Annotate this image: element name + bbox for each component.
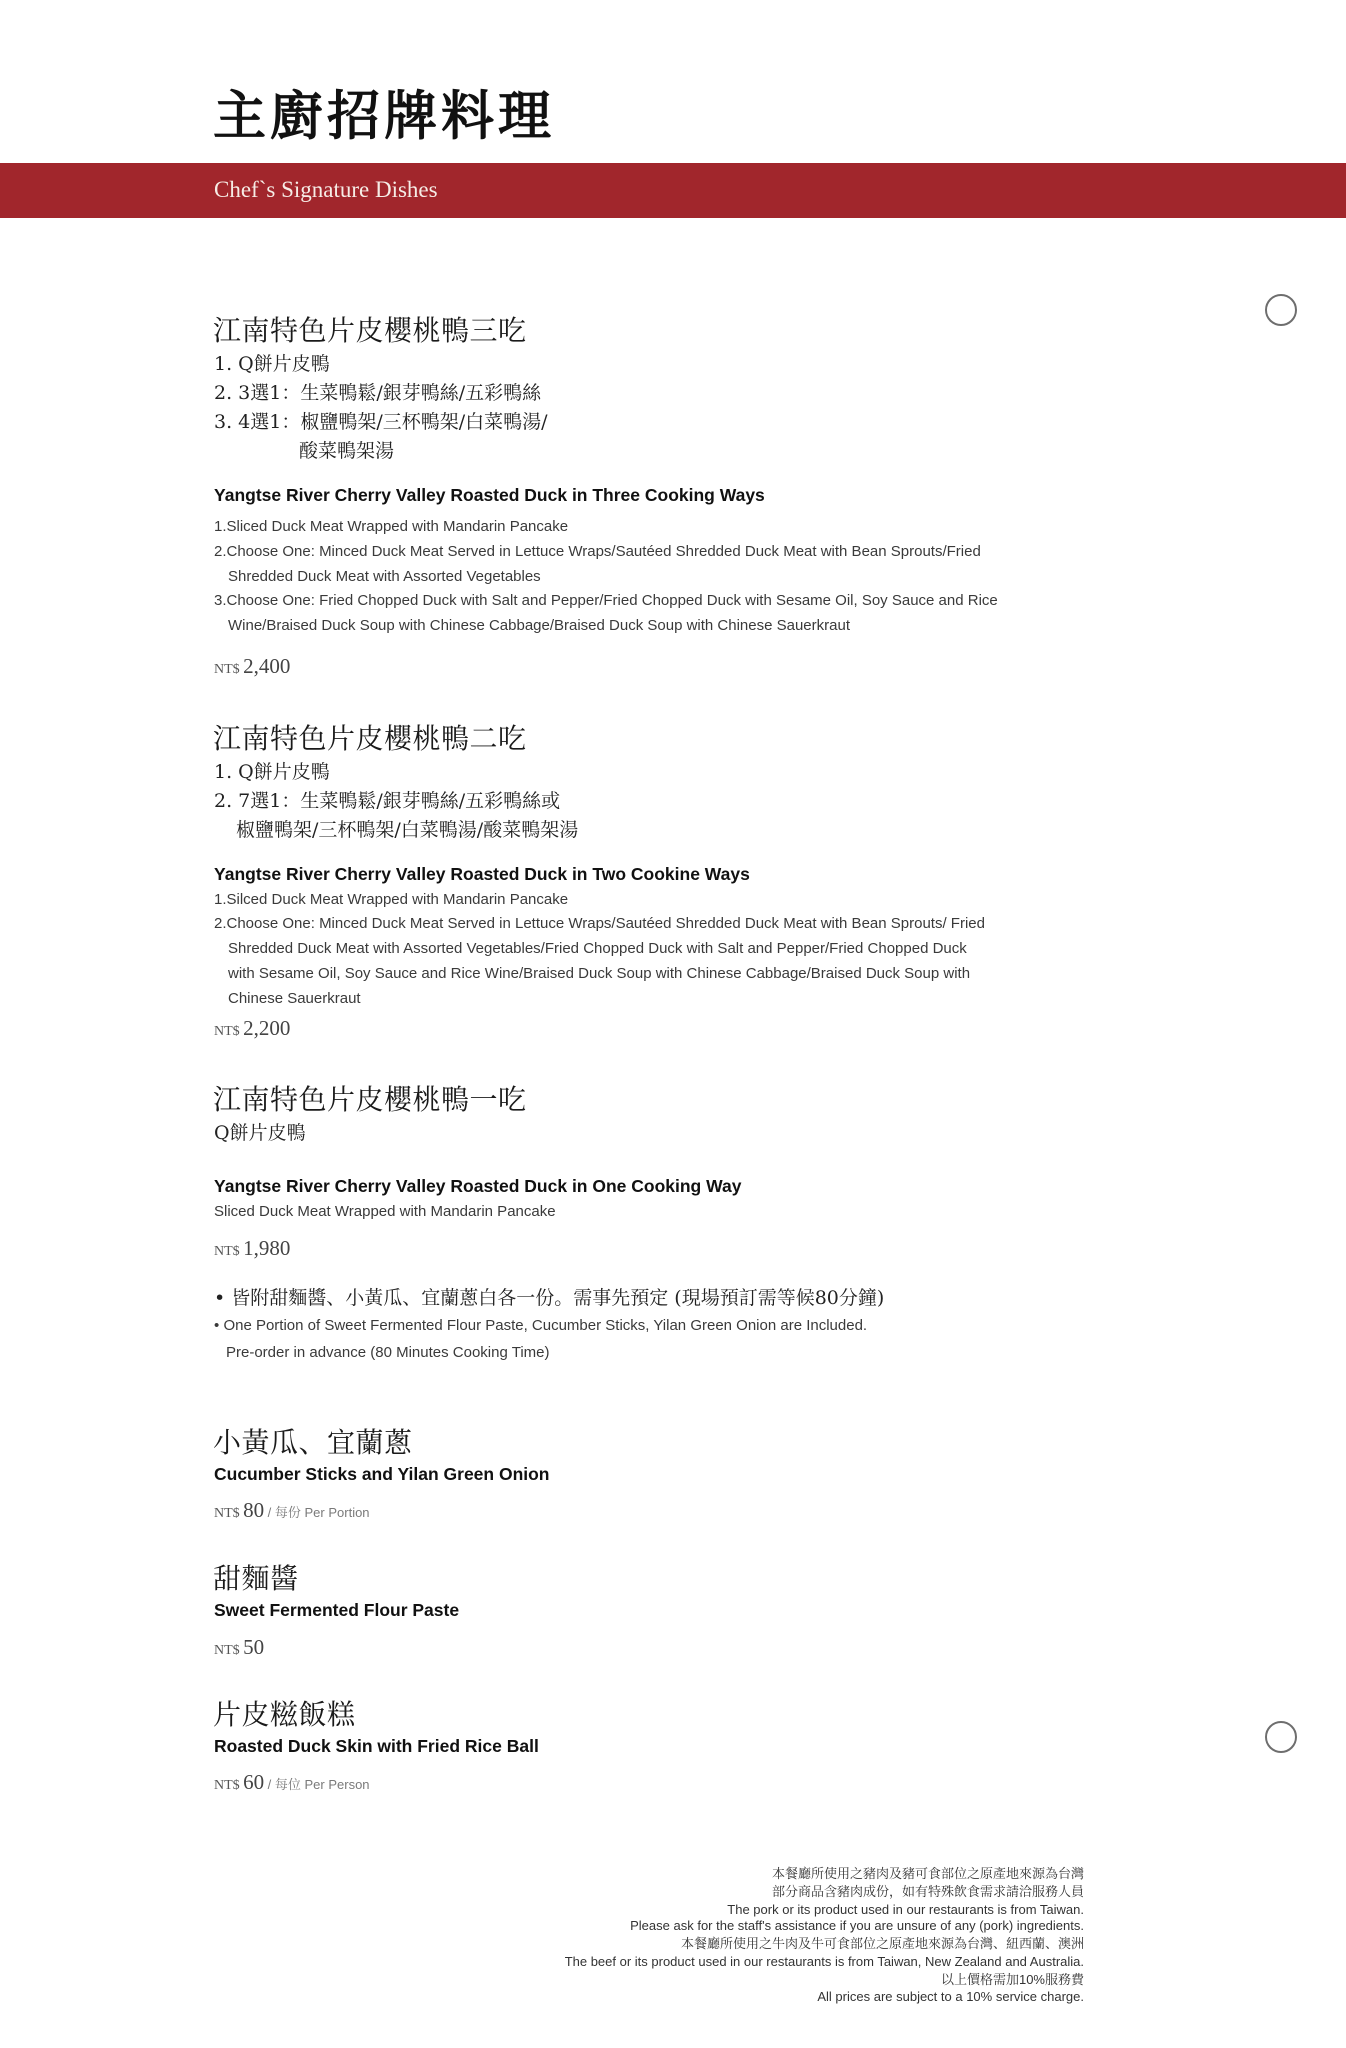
dish-cn-line: 1. Q餅片皮鴨 bbox=[214, 351, 330, 377]
dish-en-title: Yangtse River Cherry Valley Roasted Duck… bbox=[214, 483, 765, 507]
side-price: NT$ 50 bbox=[214, 1635, 264, 1663]
dish-cn-line: 2. 3選1：生菜鴨鬆/銀芽鴨絲/五彩鴨絲 bbox=[214, 380, 541, 406]
side-price: NT$ 80 / 每份 Per Portion bbox=[214, 1498, 370, 1526]
price-unit: / 每份 Per Portion bbox=[268, 1505, 370, 1520]
dish-en-desc-line: Sliced Duck Meat Wrapped with Mandarin P… bbox=[214, 1201, 556, 1223]
dish-price: NT$ 1,980 bbox=[214, 1236, 290, 1264]
note-cn-text: 皆附甜麵醬、小黃瓜、宜蘭蔥白各一份。需事先預定 (現場預訂需等候80分鐘) bbox=[231, 1287, 884, 1309]
note-en: • One Portion of Sweet Fermented Flour P… bbox=[214, 1315, 867, 1337]
dish-price: NT$ 2,200 bbox=[214, 1016, 290, 1044]
dish-cn-line: 2. 7選1：生菜鴨鬆/銀芽鴨絲/五彩鴨絲或 bbox=[214, 788, 560, 814]
price-unit: / 每位 Per Person bbox=[268, 1777, 370, 1792]
dish-en-title: Yangtse River Cherry Valley Roasted Duck… bbox=[214, 862, 750, 886]
note-en-text: One Portion of Sweet Fermented Flour Pas… bbox=[223, 1317, 867, 1334]
dish-en-desc-line: 2.Choose One: Minced Duck Meat Served in… bbox=[214, 913, 985, 935]
side-cn-title: 小黃瓜、宜蘭蔥 bbox=[213, 1425, 413, 1461]
section-banner bbox=[0, 163, 1346, 218]
currency-label: NT$ bbox=[214, 1244, 240, 1259]
dish-cn-line: 3. 4選1：椒鹽鴨架/三杯鴨架/白菜鴨湯/ bbox=[214, 409, 548, 435]
dish-cn-title: 江南特色片皮櫻桃鴨一吃 bbox=[213, 1082, 527, 1118]
currency-label: NT$ bbox=[214, 1024, 240, 1039]
dish-en-desc-line: with Sesame Oil, Soy Sauce and Rice Wine… bbox=[228, 963, 970, 985]
dish-en-desc-line: Wine/Braised Duck Soup with Chinese Cabb… bbox=[228, 615, 850, 637]
dish-en-desc-line: 1.Sliced Duck Meat Wrapped with Mandarin… bbox=[214, 516, 568, 538]
price-value: 60 bbox=[243, 1770, 264, 1794]
footer-line: 以上價格需加10%服務費 bbox=[941, 1971, 1084, 1988]
note-cn: • 皆附甜麵醬、小黃瓜、宜蘭蔥白各一份。需事先預定 (現場預訂需等候80分鐘) bbox=[214, 1285, 884, 1311]
dish-cn-line: Q餅片皮鴨 bbox=[214, 1120, 306, 1146]
side-en-title: Cucumber Sticks and Yilan Green Onion bbox=[214, 1462, 550, 1486]
footer-line: 本餐廳所使用之牛肉及牛可食部位之原產地來源為台灣、紐西蘭、澳洲 bbox=[681, 1935, 1084, 1952]
dish-en-desc-line: 2.Choose One: Minced Duck Meat Served in… bbox=[214, 541, 981, 563]
footer-line: 本餐廳所使用之豬肉及豬可食部位之原產地來源為台灣 bbox=[772, 1865, 1084, 1882]
bullet-icon: • bbox=[214, 1317, 219, 1334]
side-en-title: Sweet Fermented Flour Paste bbox=[214, 1598, 459, 1622]
side-price: NT$ 60 / 每位 Per Person bbox=[214, 1770, 370, 1798]
section-banner-title: Chef`s Signature Dishes bbox=[214, 175, 438, 205]
footer-line: The pork or its product used in our rest… bbox=[727, 1901, 1084, 1918]
currency-label: NT$ bbox=[214, 1506, 240, 1521]
bullet-icon: • bbox=[214, 1287, 225, 1309]
side-cn-title: 甜麵醬 bbox=[213, 1561, 299, 1597]
dish-en-desc-line: 3.Choose One: Fried Chopped Duck with Sa… bbox=[214, 590, 998, 612]
dish-cn-title: 江南特色片皮櫻桃鴨二吃 bbox=[213, 721, 527, 757]
dish-en-desc-line: Shredded Duck Meat with Assorted Vegetab… bbox=[228, 566, 541, 588]
dish-en-desc-line: Shredded Duck Meat with Assorted Vegetab… bbox=[228, 938, 967, 960]
binding-hole-icon bbox=[1265, 1721, 1297, 1753]
dish-cn-line: 酸菜鴨架湯 bbox=[299, 438, 394, 464]
note-en-line2: Pre-order in advance (80 Minutes Cooking… bbox=[226, 1342, 549, 1364]
currency-label: NT$ bbox=[214, 1643, 240, 1658]
price-value: 2,200 bbox=[243, 1016, 290, 1040]
price-value: 1,980 bbox=[243, 1236, 290, 1260]
footer-line: All prices are subject to a 10% service … bbox=[817, 1988, 1084, 2005]
page-title: 主廚招牌料理 bbox=[213, 84, 555, 148]
footer-line: Please ask for the staff's assistance if… bbox=[630, 1917, 1084, 1934]
dish-cn-line: 1. Q餅片皮鴨 bbox=[214, 759, 330, 785]
price-value: 2,400 bbox=[243, 654, 290, 678]
dish-cn-title: 江南特色片皮櫻桃鴨三吃 bbox=[213, 313, 527, 349]
binding-hole-icon bbox=[1265, 294, 1297, 326]
footer-line: The beef or its product used in our rest… bbox=[565, 1953, 1084, 1970]
dish-en-desc-line: Chinese Sauerkraut bbox=[228, 988, 361, 1010]
price-value: 50 bbox=[243, 1635, 264, 1659]
dish-cn-line: 椒鹽鴨架/三杯鴨架/白菜鴨湯/酸菜鴨架湯 bbox=[236, 817, 578, 843]
price-value: 80 bbox=[243, 1498, 264, 1522]
currency-label: NT$ bbox=[214, 1778, 240, 1793]
dish-en-title: Yangtse River Cherry Valley Roasted Duck… bbox=[214, 1174, 741, 1198]
footer-line: 部分商品含豬肉成份，如有特殊飲食需求請洽服務人員 bbox=[772, 1883, 1084, 1900]
dish-price: NT$ 2,400 bbox=[214, 654, 290, 682]
dish-en-desc-line: 1.Silced Duck Meat Wrapped with Mandarin… bbox=[214, 889, 568, 911]
currency-label: NT$ bbox=[214, 662, 240, 677]
side-en-title: Roasted Duck Skin with Fried Rice Ball bbox=[214, 1734, 539, 1758]
side-cn-title: 片皮糍飯糕 bbox=[213, 1697, 356, 1733]
